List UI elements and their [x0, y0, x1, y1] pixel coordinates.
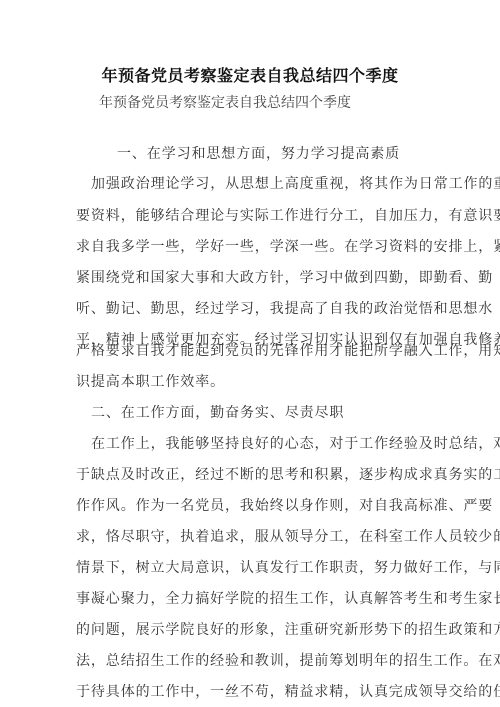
paragraph-line: 求，恪尽职守，执着追求，服从领导分工，在科室工作人员较少的 [76, 526, 426, 546]
paragraph-line: 于缺点及时改正，经过不断的思考和积累，逐步构成求真务实的工 [76, 464, 426, 484]
section-heading-2: 二、在工作方面，勤奋务实、尽责尽职 [91, 402, 441, 422]
document-title: 年预备党员考察鉴定表自我总结四个季度 [0, 63, 500, 86]
paragraph-line: 识提高本职工作效率。 [76, 371, 426, 391]
paragraph-line: 事凝心聚力，全力搞好学院的招生工作，认真解答考生和考生家长 [76, 588, 426, 608]
paragraph-line: 于待具体的工作中，一丝不苟，精益求精，认真完成领导交给的任 [76, 681, 426, 701]
paragraph-line: 听、勤记、勤思，经过学习，我提高了自我的政治觉悟和思想水 [76, 298, 426, 318]
paragraph-line: 紧围绕党和国家大事和大政方针，学习中做到四勤，即勤看、勤 [76, 267, 426, 287]
paragraph-line: 加强政治理论学习，从思想上高度重视，将其作为日常工作的重 [91, 173, 441, 193]
document-page: 年预备党员考察鉴定表自我总结四个季度 年预备党员考察鉴定表自我总结四个季度 一、… [0, 0, 500, 707]
paragraph-line: 要资料，能够结合理论与实际工作进行分工，自加压力，有意识要 [76, 205, 426, 225]
document-subtitle: 年预备党员考察鉴定表自我总结四个季度 [99, 92, 351, 112]
paragraph-line: 求自我多学一些，学好一些，学深一些。在学习资料的安排上，紧 [76, 236, 426, 256]
paragraph-line: 在工作上，我能够坚持良好的心态，对于工作经验及时总结，对 [91, 433, 441, 453]
paragraph-line: 法，总结招生工作的经验和教训，提前筹划明年的招生工作。在对 [76, 650, 426, 670]
paragraph-line: 情景下，树立大局意识，认真发行工作职责，努力做好工作，与同 [76, 557, 426, 577]
paragraph-line: 作作风。作为一名党员，我始终以身作则，对自我高标准、严要 [76, 495, 426, 515]
section-heading-1: 一、在学习和思想方面，努力学习提高素质 [117, 143, 467, 163]
paragraph-line: 的问题，展示学院良好的形象，注重研究新形势下的招生政策和方 [76, 619, 426, 639]
paragraph-line: 严格要求自我才能起到党员的先锋作用才能把所学融入工作，用知 [76, 340, 426, 360]
